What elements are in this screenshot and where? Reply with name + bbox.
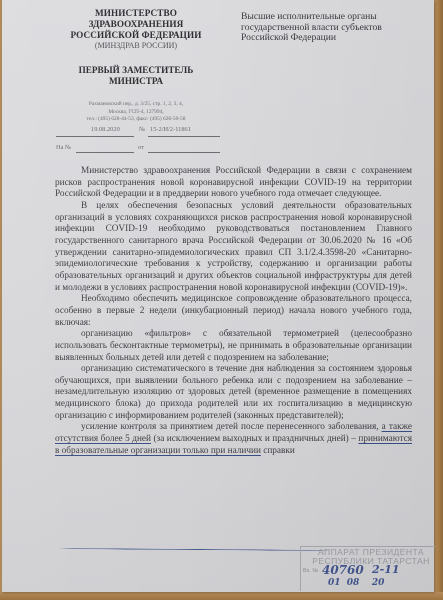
stamp-handwritten-date: 01 08 20 xyxy=(328,578,384,588)
body-paragraph: Необходимо обеспечить медицинское сопров… xyxy=(55,294,412,329)
body-paragraph: В целях обеспечения безопасных условий д… xyxy=(55,201,412,294)
ministry-address: Рахмановский пер., д. 3/25, стр. 1, 2, 3… xyxy=(46,101,226,124)
signatory-title: ПЕРВЫЙ ЗАМЕСТИТЕЛЬ МИНИСТРА xyxy=(46,65,226,87)
date-underline xyxy=(56,136,134,137)
ink-underline-stroke xyxy=(59,548,331,551)
address-line: Рахмановский пер., д. 3/25, стр. 1, 2, 3… xyxy=(46,101,226,109)
addressee-line: Высшие исполнительные органы xyxy=(241,12,421,23)
ministry-name: МИНИСТЕРСТВО ЗДРАВООХРАНЕНИЯ РОССИЙСКОЙ … xyxy=(46,8,226,41)
addressee: Высшие исполнительные органы государстве… xyxy=(241,12,421,44)
ministry-abbreviation: (МИНЗДРАВ РОССИИ) xyxy=(46,41,226,51)
address-line: тел.: (495) 628-44-53, факс: (495) 628-5… xyxy=(46,116,226,124)
stamp-handwritten-number: 40760 xyxy=(322,563,364,577)
reference-from-label: от xyxy=(138,144,144,152)
body-paragraph: организацию «фильтров» с обязательной те… xyxy=(55,329,412,364)
letterhead-sender: МИНИСТЕРСТВО ЗДРАВООХРАНЕНИЯ РОССИЙСКОЙ … xyxy=(46,8,226,124)
last-paragraph-end: справки xyxy=(261,446,295,456)
addressee-line: Российской Федерации xyxy=(241,33,421,44)
reference-label: На № xyxy=(56,144,71,152)
wood-surface-right xyxy=(433,0,443,600)
body-paragraph-last: усиление контроля за принятием детей пос… xyxy=(55,422,412,457)
letter-body: Министерство здравоохранения Российской … xyxy=(55,166,412,457)
ministry-name-line: ЗДРАВООХРАНЕНИЯ xyxy=(46,19,226,30)
stamp-handwritten-suffix: 2-11 xyxy=(372,563,400,576)
reference-number-field xyxy=(76,152,134,153)
letter-number-label: № xyxy=(139,126,145,134)
incoming-registration-stamp: АППАРАТ ПРЕЗИДЕНТА РЕСПУБЛИКИ ТАТАРСТАН … xyxy=(300,546,442,592)
body-paragraph: Министерство здравоохранения Российской … xyxy=(55,166,412,201)
last-paragraph-middle: (за исключением выходных и праздничных д… xyxy=(151,434,349,444)
ministry-name-line: РОССИЙСКОЙ ФЕДЕРАЦИИ xyxy=(46,30,226,41)
letter-number: 15-2/И/2-11861 xyxy=(150,126,191,134)
signatory-title-line: МИНИСТРА xyxy=(46,76,226,87)
stamp-number-label: Вх. № xyxy=(303,568,318,574)
ministry-name-line: МИНИСТЕРСТВО xyxy=(46,8,226,19)
number-underline xyxy=(148,136,220,137)
signatory-title-line: ПЕРВЫЙ ЗАМЕСТИТЕЛЬ xyxy=(46,65,226,76)
wood-surface-bottom xyxy=(0,592,443,600)
letter-date: 19.08.2020 xyxy=(91,126,120,134)
body-paragraph: организацию систематического в течение д… xyxy=(55,364,412,422)
document-page: МИНИСТЕРСТВО ЗДРАВООХРАНЕНИЯ РОССИЙСКОЙ … xyxy=(2,0,434,592)
last-paragraph-start: усиление контроля за принятием детей пос… xyxy=(81,422,379,432)
reference-date-field xyxy=(148,152,220,153)
